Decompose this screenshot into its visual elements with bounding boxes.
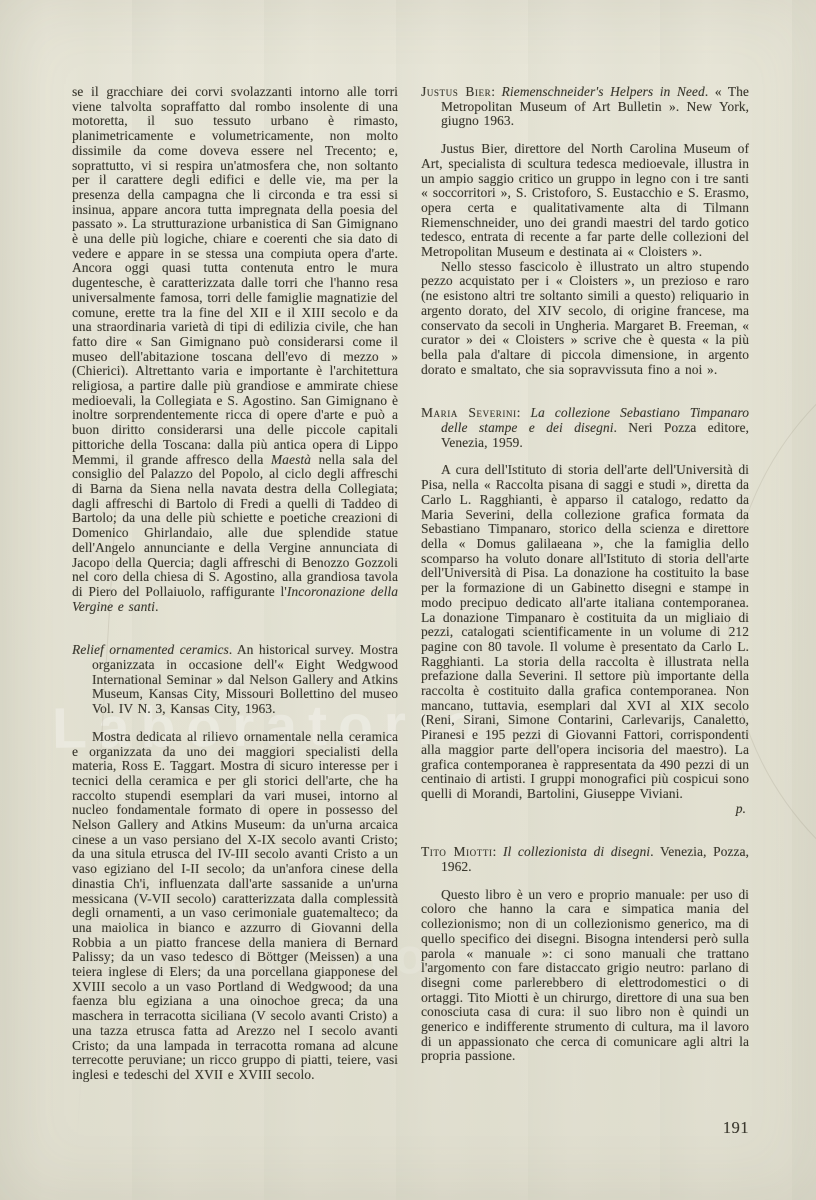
text-segment-roman: Justus Bier, direttore del North Carolin…: [421, 141, 749, 259]
body-paragraph: Justus Bier, direttore del North Carolin…: [421, 142, 749, 260]
text-segment-italic: p.: [736, 801, 746, 816]
body-paragraph: Mostra dedicata al rilievo ornamentale n…: [72, 730, 398, 1083]
right-column: Justus Bier: Riemenschneider's Helpers i…: [421, 85, 749, 1083]
bibliography-entry: Maria Severini: La collezione Sebastiano…: [421, 406, 749, 450]
text-columns: se il gracchiare dei corvi svolazzanti i…: [72, 85, 749, 1083]
text-segment-roman: .: [155, 599, 158, 614]
text-segment-roman: A cura dell'Istituto di storia dell'arte…: [421, 462, 749, 800]
text-segment-smallcaps: Justus Bier: [421, 84, 491, 99]
text-segment-italic: Relief ornamented ceramics: [72, 642, 229, 657]
text-segment-roman: Mostra dedicata al rilievo ornamentale n…: [72, 729, 398, 1082]
text-segment-italic: Maestà: [271, 452, 311, 467]
body-paragraph: Questo libro è un vero e proprio manuale…: [421, 888, 749, 1064]
text-segment-roman: se il gracchiare dei corvi svolazzanti i…: [72, 84, 398, 467]
text-segment-italic: Riemenschneider's Helpers in Need: [502, 84, 705, 99]
text-segment-smallcaps: Tito Miotti: [421, 844, 493, 859]
bibliography-entry: Justus Bier: Riemenschneider's Helpers i…: [421, 85, 749, 129]
text-segment-smallcaps: Maria Severini: [421, 405, 517, 420]
bibliography-entry: Tito Miotti: Il collezionista di disegni…: [421, 845, 749, 874]
text-segment-roman: :: [491, 84, 501, 99]
page-number: 191: [723, 1118, 749, 1138]
text-segment-roman: Questo libro è un vero e proprio manuale…: [421, 887, 749, 1064]
left-column: se il gracchiare dei corvi svolazzanti i…: [72, 85, 398, 1083]
body-paragraph: A cura dell'Istituto di storia dell'arte…: [421, 463, 749, 801]
text-segment-roman: :: [517, 405, 531, 420]
text-segment-roman: :: [493, 844, 503, 859]
bibliography-entry: Relief ornamented ceramics. An historica…: [72, 643, 398, 717]
text-segment-roman: nella sala del consiglio del Palazzo del…: [72, 452, 398, 599]
text-segment-italic: Il collezionista di disegni: [503, 844, 650, 859]
body-paragraph: se il gracchiare dei corvi svolazzanti i…: [72, 85, 398, 614]
body-paragraph: Nello stesso fascicolo è illustrato un a…: [421, 260, 749, 378]
text-segment-roman: Nello stesso fascicolo è illustrato un a…: [421, 259, 749, 377]
scanned-page: Laboratorio di Laboratorio di se il grac…: [0, 0, 816, 1200]
reviewer-initial: p.: [421, 802, 749, 817]
